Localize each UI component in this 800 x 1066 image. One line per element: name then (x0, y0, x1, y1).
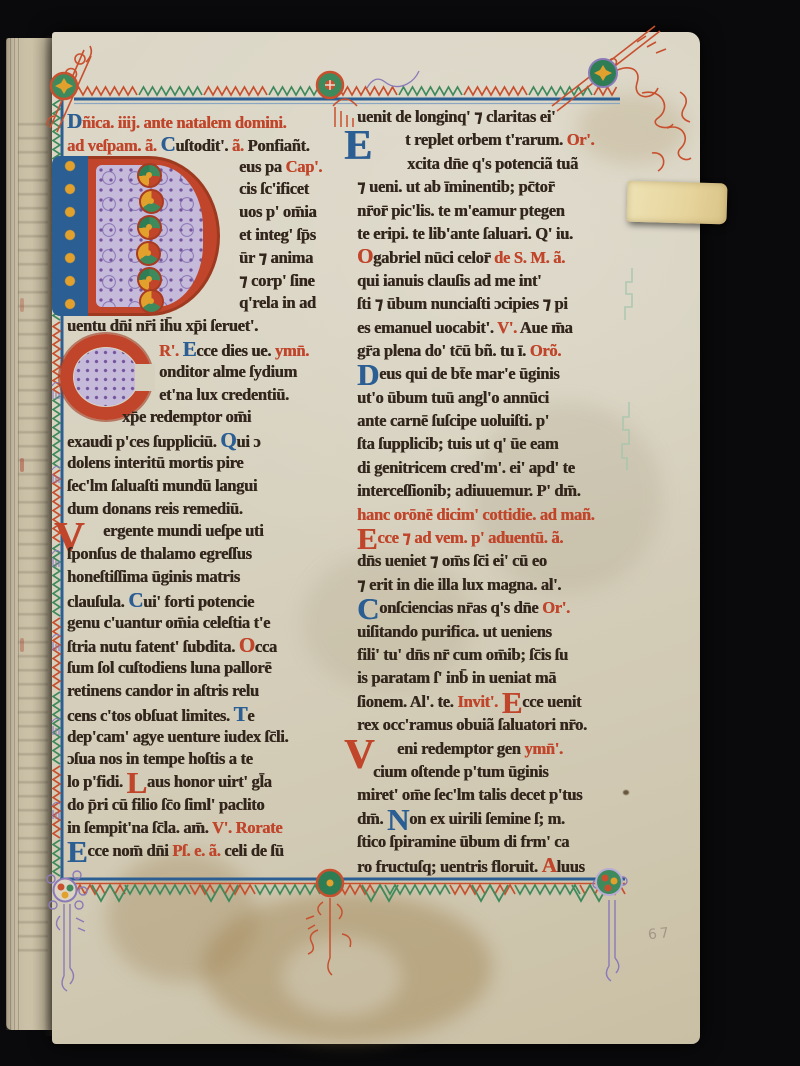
text-line: ſum ſol cuſtodiens luna pallorē (67, 657, 363, 680)
rubric-run: V'. (497, 318, 520, 337)
text-line: ſec'lm ſaluaſti mundū langui (67, 475, 363, 498)
corner-medallion-top-left (51, 73, 77, 99)
text-run: cca (255, 637, 277, 656)
text-line: ante carnē ſuſcipe uoluiſti. p' (357, 409, 657, 432)
text-run: retinens candor in aſtris relu (67, 681, 259, 700)
parchment-highlight (282, 937, 402, 1017)
text-line: dn̄s ueniet ⁊ om̄s ſc̄i ei' cū eo (357, 549, 657, 572)
text-run: te eripi. te lib'ante ſaluari. Q' iu. (357, 224, 573, 243)
text-run: ergente mundi ueſpe uti (103, 521, 263, 540)
text-run: dn̄s ueniet ⁊ om̄s ſc̄i ei' cū eo (357, 551, 547, 570)
rubric-run: Or'. (567, 130, 595, 149)
margin-nota-marks (52, 382, 60, 819)
initial-letter: C (160, 132, 175, 156)
text-line: ad veſpam. ã. Cuſtodit'. ã. Ponfiañt. (67, 133, 363, 156)
text-run: cens c'tos obſuat limites. (67, 706, 234, 725)
rubric-run: Orõ. (530, 341, 561, 360)
text-run: ut'o ūbum tuū angl'o annūci (357, 388, 549, 407)
text-run: gr̄a plena do' tc̄ū bñ. tu ī. (357, 341, 530, 360)
text-run: ūr ⁊ anima (239, 248, 313, 267)
text-line: interceſſionib; adiuuemur. P' dm̄. (357, 479, 657, 502)
text-run: dolens interitū mortis pire (67, 453, 243, 472)
initial-letter: Q (220, 428, 236, 452)
text-run: cce nom̄ dn̄i (87, 841, 172, 860)
text-run: ſtico ſpiramine ūbum di frm' ca (357, 832, 569, 851)
text-run: uentu dn̄i nr̄i ih̄u xp̄i ſeruet'. (67, 316, 258, 335)
text-line: cium oſtende p'tum ūginis (357, 760, 657, 783)
text-line: ɔſua nos in tempe hoſtis a te (67, 748, 363, 771)
text-run: rex occ'ramus obuiã ſaluatori nr̄o. (357, 715, 587, 734)
text-run: t replet orbem t'rarum. (405, 130, 567, 149)
text-line: gr̄a plena do' tc̄ū bñ. tu ī. Orõ. (357, 339, 657, 362)
folio-number: 67 (647, 925, 672, 943)
text-line: in ſempit'na ſc̄la. am̄. V'. Rorate (67, 817, 363, 840)
text-run: qui ianuis clauſis ad me int' (357, 271, 541, 290)
text-run: es emanuel uocabit'. (357, 318, 497, 337)
text-run: eus qui de bt̄e mar'e ūginis (379, 364, 559, 383)
text-line: genu c'uantur om̄ia celeſtia t'e (67, 612, 363, 635)
corner-medallion-top-middle (317, 72, 343, 98)
photograph-background: Dñica. iiij. ante natalem domini.ad veſp… (0, 0, 800, 1066)
rubric-run: ymn̄. (275, 341, 309, 360)
text-run: cce uenit (522, 692, 581, 711)
text-run: onditor alme ſydium (159, 362, 297, 381)
parchment-stain (107, 852, 257, 982)
text-line: ſti ⁊ ūbum nunciaſti ɔcipies ⁊ pi (357, 292, 657, 315)
text-run: q'rela in ad (239, 293, 316, 312)
text-run: di genitricem cred'm'. ei' apd' te (357, 458, 575, 477)
rubric-run: ad veſpam. ã. (67, 136, 160, 155)
text-column-left: Dñica. iiij. ante natalem domini.ad veſp… (67, 110, 363, 862)
text-line: ⁊ corp' ſine (67, 270, 363, 293)
parchment-stain (202, 892, 492, 1042)
text-line: lo p'fidi. Laus honor uirt' gl̄a (67, 771, 363, 794)
text-line: Ogabriel nūci celor̄ de S. M. ã. (357, 245, 657, 268)
text-line: dm̄. Non ex uirili ſemine ſ; m. (357, 807, 657, 830)
text-run: ⁊ erit in die illa lux magna. al'. (357, 575, 561, 594)
text-run: exaudi p'ces ſuppliciū. (67, 432, 220, 451)
text-run: is paratam ſ' inb̄ in ueniat mā (357, 668, 556, 687)
text-line: cis ſc'ificet (67, 178, 363, 201)
text-line: q'rela in ad (67, 292, 363, 315)
text-line: do p̄ri cū filio ſc̄o ſiml' paclito (67, 794, 363, 817)
rubric-run: V'. Rorate (212, 818, 282, 837)
text-run: eus pa (239, 157, 286, 176)
text-run: dum donans reis remediū. (67, 499, 243, 518)
pendant-flourish-bottom-left (47, 871, 87, 991)
text-line: honeſtiſſima ūginis matris (67, 566, 363, 589)
text-line: uos p' om̄ia (67, 201, 363, 224)
text-line: xp̄e redemptor om̄i (67, 406, 363, 429)
text-run: nr̄or̄ pic'lis. te m'eamur ptegen (357, 201, 564, 220)
text-line: Conſciencias nr̄as q's dn̄e Or'. (357, 596, 657, 619)
rubric-run: ñica. iiij. ante natalem domini. (82, 113, 286, 132)
text-line: clauſula. Cui' forti potencie (67, 589, 363, 612)
rubric-run: R'. (159, 341, 183, 360)
text-line: ſionem. Al'. te. Invit'. Ecce uenit (357, 690, 657, 713)
text-line: R'. Ecce dies ue. ymn̄. (67, 338, 363, 361)
text-run: lo p'fidi. (67, 772, 127, 791)
text-line: exaudi p'ces ſuppliciū. Qui ɔ (67, 429, 363, 452)
pendant-flourish-bottom-right (593, 877, 627, 981)
text-run: Aue m̄a (520, 318, 573, 337)
text-line: ſtria nutu fatent' ſubdita. Occa (67, 634, 363, 657)
text-run: uenit de longinq' ⁊ claritas ei' (357, 107, 555, 126)
text-run: ui ɔ (236, 432, 260, 451)
text-line: eus pa Cap'. (67, 156, 363, 179)
text-run: ſum ſol cuſtodiens luna pallorē (67, 658, 271, 677)
text-line: dum donans reis remediū. (67, 498, 363, 521)
text-line: xcita dn̄e q's potenciã tuã (357, 152, 657, 175)
text-run: do p̄ri cū filio ſc̄o ſiml' paclito (67, 795, 264, 814)
text-run: celi de ſū (224, 841, 283, 860)
text-run: ſta ſupplicib; tuis ut q' ūe eam (357, 434, 558, 453)
text-run: Ponfiañt. (248, 136, 310, 155)
text-line: uiſitando purifica. ut ueniens (357, 620, 657, 643)
text-line: dolens interitū mortis pire (67, 452, 363, 475)
rubric-run: hanc orōnē dicim' cottidie. ad mañ. (357, 505, 594, 524)
initial-letter: O (357, 244, 373, 268)
text-run: onſciencias nr̄as q's dn̄e (379, 598, 542, 617)
text-line: uenit de longinq' ⁊ claritas ei' (357, 105, 657, 128)
text-line: qui ianuis clauſis ad me int' (357, 269, 657, 292)
text-run: fili' tu' dn̄s nr̄ cum om̄ib; ſc̄is ſu (357, 645, 568, 664)
text-line: et integ' ſp̄s (67, 224, 363, 247)
initial-letter: O (239, 633, 255, 657)
text-run: aus honor uirt' gl̄a (147, 772, 272, 791)
text-run: eni redemptor gen (397, 739, 524, 758)
text-line: Ecce nom̄ dn̄i Pſ. e. ã. celi de ſū (67, 840, 363, 863)
text-run: clauſula. (67, 592, 128, 611)
text-run: ɔſua nos in tempe hoſtis a te (67, 749, 253, 768)
text-run: on ex uirili ſemine ſ; m. (409, 809, 565, 828)
text-line: Ecce ⁊ ad vem. p' aduentū. ã. (357, 526, 657, 549)
corner-medallion-bottom-middle (317, 870, 343, 896)
text-line: rex occ'ramus obuiã ſaluatori nr̄o. (357, 713, 657, 736)
text-line: retinens candor in aſtris relu (67, 680, 363, 703)
text-run: ante carnē ſuſcipe uoluiſti. p' (357, 411, 549, 430)
pendant-flourish-bottom-middle (306, 898, 351, 975)
text-line: onditor alme ſydium (67, 361, 363, 384)
text-run: ſponſus de thalamo egreſſus (67, 544, 252, 563)
corner-medallion-top-right (589, 59, 617, 87)
text-run: et integ' ſp̄s (239, 225, 316, 244)
text-run: uſtodit'. (175, 136, 232, 155)
text-line: Dñica. iiij. ante natalem domini. (67, 110, 363, 133)
rubric-run: Pſ. e. ã. (172, 841, 224, 860)
rubric-run: Or'. (542, 598, 570, 617)
text-line: ūr ⁊ anima (67, 247, 363, 270)
initial-letter: D (67, 109, 82, 133)
text-line: hanc orōnē dicim' cottidie. ad mañ. (357, 503, 657, 526)
text-run: in ſempit'na ſc̄la. am̄. (67, 818, 212, 837)
text-run: xp̄e redemptor om̄i (122, 407, 251, 426)
rubric-run: Invit'. (457, 692, 501, 711)
text-run: et'na lux credentiū. (159, 385, 289, 404)
manuscript-page: Dñica. iiij. ante natalem domini.ad veſp… (52, 32, 700, 1044)
rubric-run: ã. (232, 136, 248, 155)
text-run: gabriel nūci celor̄ (373, 248, 494, 267)
text-line: nr̄or̄ pic'lis. te m'eamur ptegen (357, 199, 657, 222)
text-run: ſec'lm ſaluaſti mundū langui (67, 476, 257, 495)
text-run: dep'cam' agye uenture iudex ſc̄li. (67, 727, 288, 746)
text-line: Et replet orbem t'rarum. Or'. (357, 128, 657, 151)
text-line: cens c'tos obſuat limites. Te (67, 703, 363, 726)
initial-letter: T (234, 702, 248, 726)
text-line: te eripi. te lib'ante ſaluari. Q' iu. (357, 222, 657, 245)
text-line: uentu dn̄i nr̄i ih̄u xp̄i ſeruet'. (67, 315, 363, 338)
text-run: ro fructuſq; uentris floruit. (357, 857, 542, 876)
text-line: ſta ſupplicib; tuis ut q' ūe eam (357, 432, 657, 455)
text-line: es emanuel uocabit'. V'. Aue m̄a (357, 316, 657, 339)
text-run: dm̄. (357, 809, 387, 828)
text-line: ſtico ſpiramine ūbum di frm' ca (357, 830, 657, 853)
text-line: dep'cam' agye uenture iudex ſc̄li. (67, 726, 363, 749)
initial-letter: C (128, 588, 143, 612)
text-run: cce dies ue. (196, 341, 275, 360)
text-run: uos p' om̄ia (239, 202, 316, 221)
text-line: Veni redemptor gen ymn̄'. (357, 737, 657, 760)
text-line: di genitricem cred'm'. ei' apd' te (357, 456, 657, 479)
text-line: ut'o ūbum tuū angl'o annūci (357, 386, 657, 409)
initial-letter: E (67, 834, 87, 869)
text-run: ſti ⁊ ūbum nunciaſti ɔcipies ⁊ pi (357, 294, 568, 313)
text-line: ro fructuſq; uentris floruit. Aluus (357, 854, 657, 877)
text-line: ⁊ erit in die illa lux magna. al'. (357, 573, 657, 596)
text-run: ſionem. Al'. te. (357, 692, 457, 711)
text-line: ⁊ ueni. ut ab īminentib; pc̄tor̄ (357, 175, 657, 198)
text-line: et'na lux credentiū. (67, 384, 363, 407)
bookmark-tab (626, 181, 727, 225)
initial-letter: A (542, 853, 557, 877)
text-line: fili' tu' dn̄s nr̄ cum om̄ib; ſc̄is ſu (357, 643, 657, 666)
text-run: ui' forti potencie (143, 592, 254, 611)
text-run: ⁊ ueni. ut ab īminentib; pc̄tor̄ (357, 177, 554, 196)
corner-medallion-bottom-left (54, 879, 77, 902)
rubric-run: cce ⁊ ad vem. p' aduentū. ã. (377, 528, 563, 547)
text-run: ⁊ corp' ſine (239, 271, 314, 290)
rubric-run: ymn̄'. (524, 739, 562, 758)
text-column-right: uenit de longinq' ⁊ claritas ei'Et reple… (357, 105, 657, 877)
text-run: e (247, 706, 254, 725)
rubric-run: de S. M. ã. (494, 248, 565, 267)
text-run: ſtria nutu fatent' ſubdita. (67, 637, 239, 656)
text-run: genu c'uantur om̄ia celeſtia t'e (67, 613, 270, 632)
text-line: ſponſus de thalamo egreſſus (67, 543, 363, 566)
text-run: xcita dn̄e q's potenciã tuã (407, 154, 578, 173)
facing-page-rubric-bleed (20, 458, 24, 472)
text-run: uiſitando purifica. ut ueniens (357, 622, 552, 641)
initial-letter: E (183, 337, 197, 361)
rubric-run: Cap'. (286, 157, 323, 176)
text-run: cis ſc'ificet (239, 179, 309, 198)
text-run: luus (556, 857, 584, 876)
text-run: interceſſionib; adiuuemur. P' dm̄. (357, 481, 580, 500)
text-run: honeſtiſſima ūginis matris (67, 567, 240, 586)
text-line: Deus qui de bt̄e mar'e ūginis (357, 362, 657, 385)
text-line: Vergente mundi ueſpe uti (67, 520, 363, 543)
text-run: cium oſtende p'tum ūginis (373, 762, 548, 781)
